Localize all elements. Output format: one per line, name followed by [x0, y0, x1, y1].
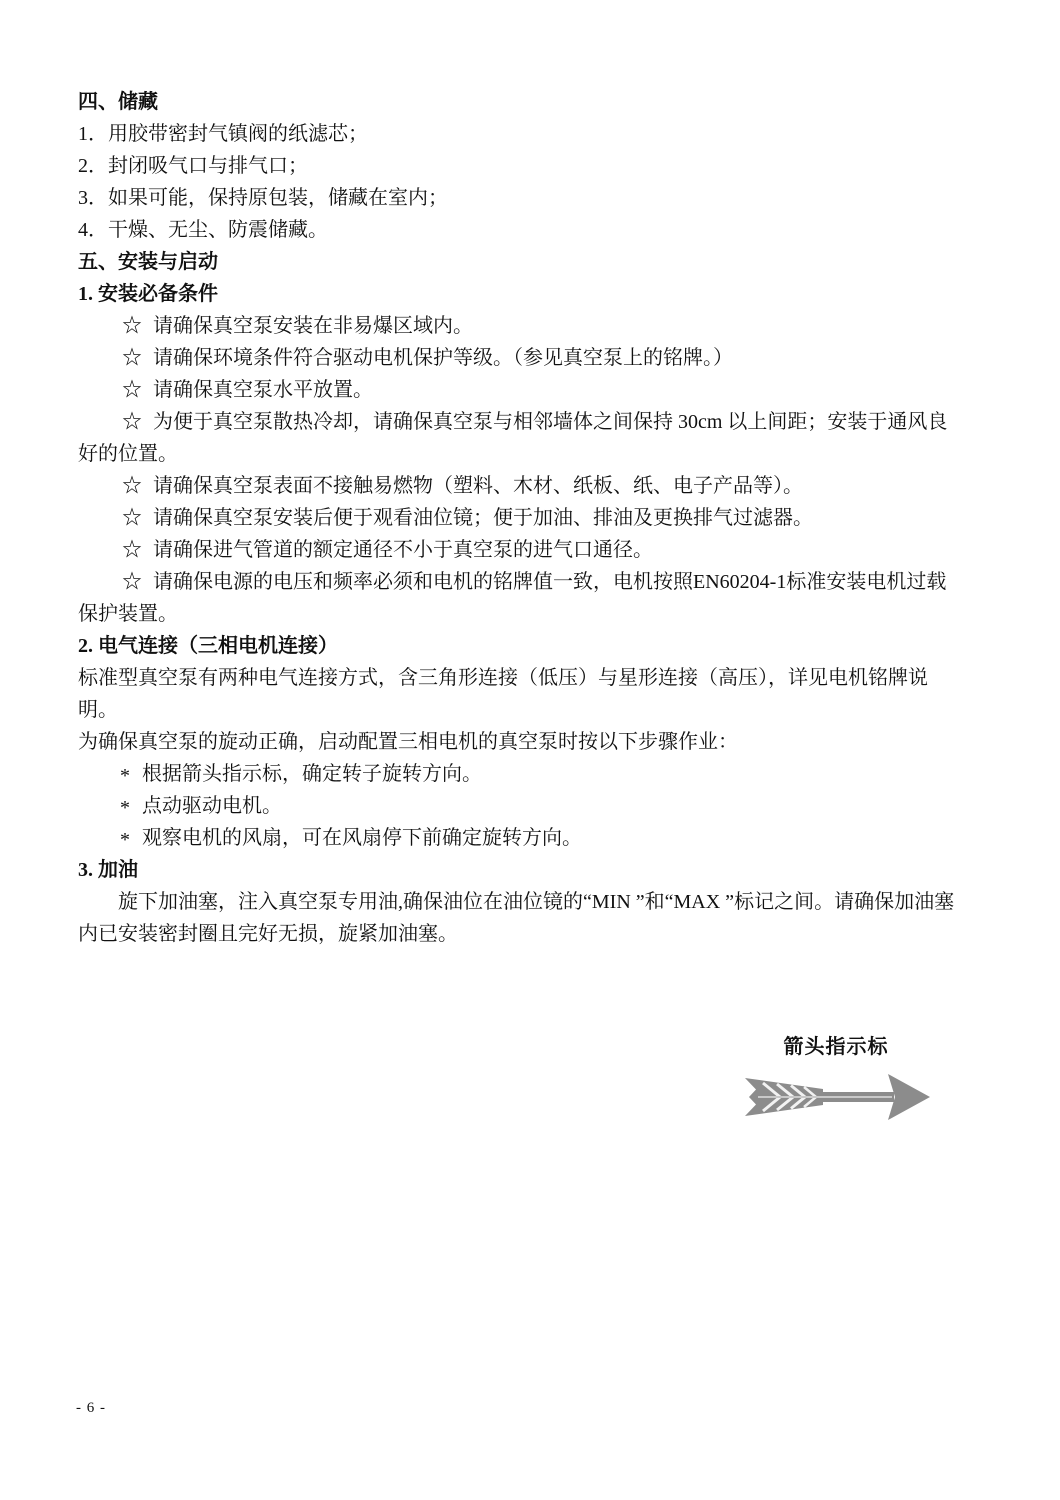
- requirement-text: 请确保环境条件符合驱动电机保护等级。（参见真空泵上的铭牌。）: [153, 347, 733, 369]
- arrow-indicator-label: 箭头指示标: [740, 1031, 932, 1063]
- star-icon: ☆: [122, 539, 142, 561]
- star-icon: ☆: [122, 507, 142, 529]
- requirement-item: ☆请确保真空泵表面不接触易燃物（塑料、木材、纸板、纸、电子产品等）。: [78, 470, 958, 502]
- requirement-item: ☆请确保电源的电压和频率必须和电机的铭牌值一致，电机按照EN60204-1标准安…: [78, 566, 958, 630]
- requirement-text: 请确保真空泵水平放置。: [153, 379, 373, 401]
- star-icon: ☆: [122, 315, 142, 337]
- star-icon: ☆: [122, 475, 142, 497]
- requirement-item: ☆请确保进气管道的额定通径不小于真空泵的进气口通径。: [78, 534, 958, 566]
- step-item: *点动驱动电机。: [78, 790, 958, 822]
- storage-item: 1．用胶带密封气镇阀的纸滤芯；: [78, 118, 958, 150]
- asterisk-icon: *: [120, 797, 130, 819]
- requirement-item: ☆请确保环境条件符合驱动电机保护等级。（参见真空泵上的铭牌。）: [78, 342, 958, 374]
- section-heading-installation: 五、安装与启动: [78, 246, 958, 278]
- arrow-indicator-figure: 箭头指示标: [740, 1031, 932, 1121]
- star-icon: ☆: [122, 379, 142, 401]
- star-icon: ☆: [122, 571, 142, 593]
- subsection-heading-electrical: 2. 电气连接（三相电机连接）: [78, 630, 958, 662]
- step-item: *根据箭头指示标，确定转子旋转方向。: [78, 758, 958, 790]
- requirement-text: 请确保进气管道的额定通径不小于真空泵的进气口通径。: [153, 539, 653, 561]
- storage-item: 2．封闭吸气口与排气口；: [78, 150, 958, 182]
- star-icon: ☆: [122, 347, 142, 369]
- requirement-item: ☆请确保真空泵安装在非易爆区域内。: [78, 310, 958, 342]
- section-heading-storage: 四、储藏: [78, 86, 958, 118]
- star-icon: ☆: [122, 411, 142, 433]
- asterisk-icon: *: [120, 765, 130, 787]
- storage-item: 4．干燥、无尘、防震储藏。: [78, 214, 958, 246]
- requirement-item: ☆请确保真空泵水平放置。: [78, 374, 958, 406]
- page-number: - 6 -: [76, 1398, 106, 1418]
- requirement-text: 请确保真空泵安装在非易爆区域内。: [153, 315, 473, 337]
- subsection-heading-oiling: 3. 加油: [78, 854, 958, 886]
- arrow-head: [888, 1074, 930, 1120]
- asterisk-icon: *: [120, 829, 130, 851]
- manual-page: 四、储藏 1．用胶带密封气镇阀的纸滤芯； 2．封闭吸气口与排气口； 3．如果可能…: [0, 0, 1060, 1500]
- requirement-text: 为便于真空泵散热冷却，请确保真空泵与相邻墙体之间保持 30cm 以上间距；安装于…: [78, 411, 947, 465]
- step-text: 点动驱动电机。: [142, 795, 282, 817]
- requirement-text: 请确保电源的电压和频率必须和电机的铭牌值一致，电机按照EN60204-1标准安装…: [78, 571, 946, 625]
- direction-arrow-icon: [742, 1073, 930, 1121]
- subsection-heading-prerequisites: 1. 安装必备条件: [78, 278, 958, 310]
- electrical-paragraph: 标准型真空泵有两种电气连接方式，含三角形连接（低压）与星形连接（高压），详见电机…: [78, 662, 958, 726]
- requirement-text: 请确保真空泵表面不接触易燃物（塑料、木材、纸板、纸、电子产品等）。: [153, 475, 803, 497]
- requirement-item: ☆为便于真空泵散热冷却，请确保真空泵与相邻墙体之间保持 30cm 以上间距；安装…: [78, 406, 958, 470]
- storage-item: 3．如果可能，保持原包装，储藏在室内；: [78, 182, 958, 214]
- oiling-paragraph: 旋下加油塞，注入真空泵专用油,确保油位在油位镜的“MIN ”和“MAX ”标记之…: [78, 886, 958, 950]
- step-text: 观察电机的风扇，可在风扇停下前确定旋转方向。: [142, 827, 582, 849]
- step-item: *观察电机的风扇，可在风扇停下前确定旋转方向。: [78, 822, 958, 854]
- requirement-item: ☆请确保真空泵安装后便于观看油位镜；便于加油、排油及更换排气过滤器。: [78, 502, 958, 534]
- requirement-text: 请确保真空泵安装后便于观看油位镜；便于加油、排油及更换排气过滤器。: [153, 507, 813, 529]
- step-text: 根据箭头指示标，确定转子旋转方向。: [142, 763, 482, 785]
- electrical-paragraph: 为确保真空泵的旋动正确，启动配置三相电机的真空泵时按以下步骤作业：: [78, 726, 958, 758]
